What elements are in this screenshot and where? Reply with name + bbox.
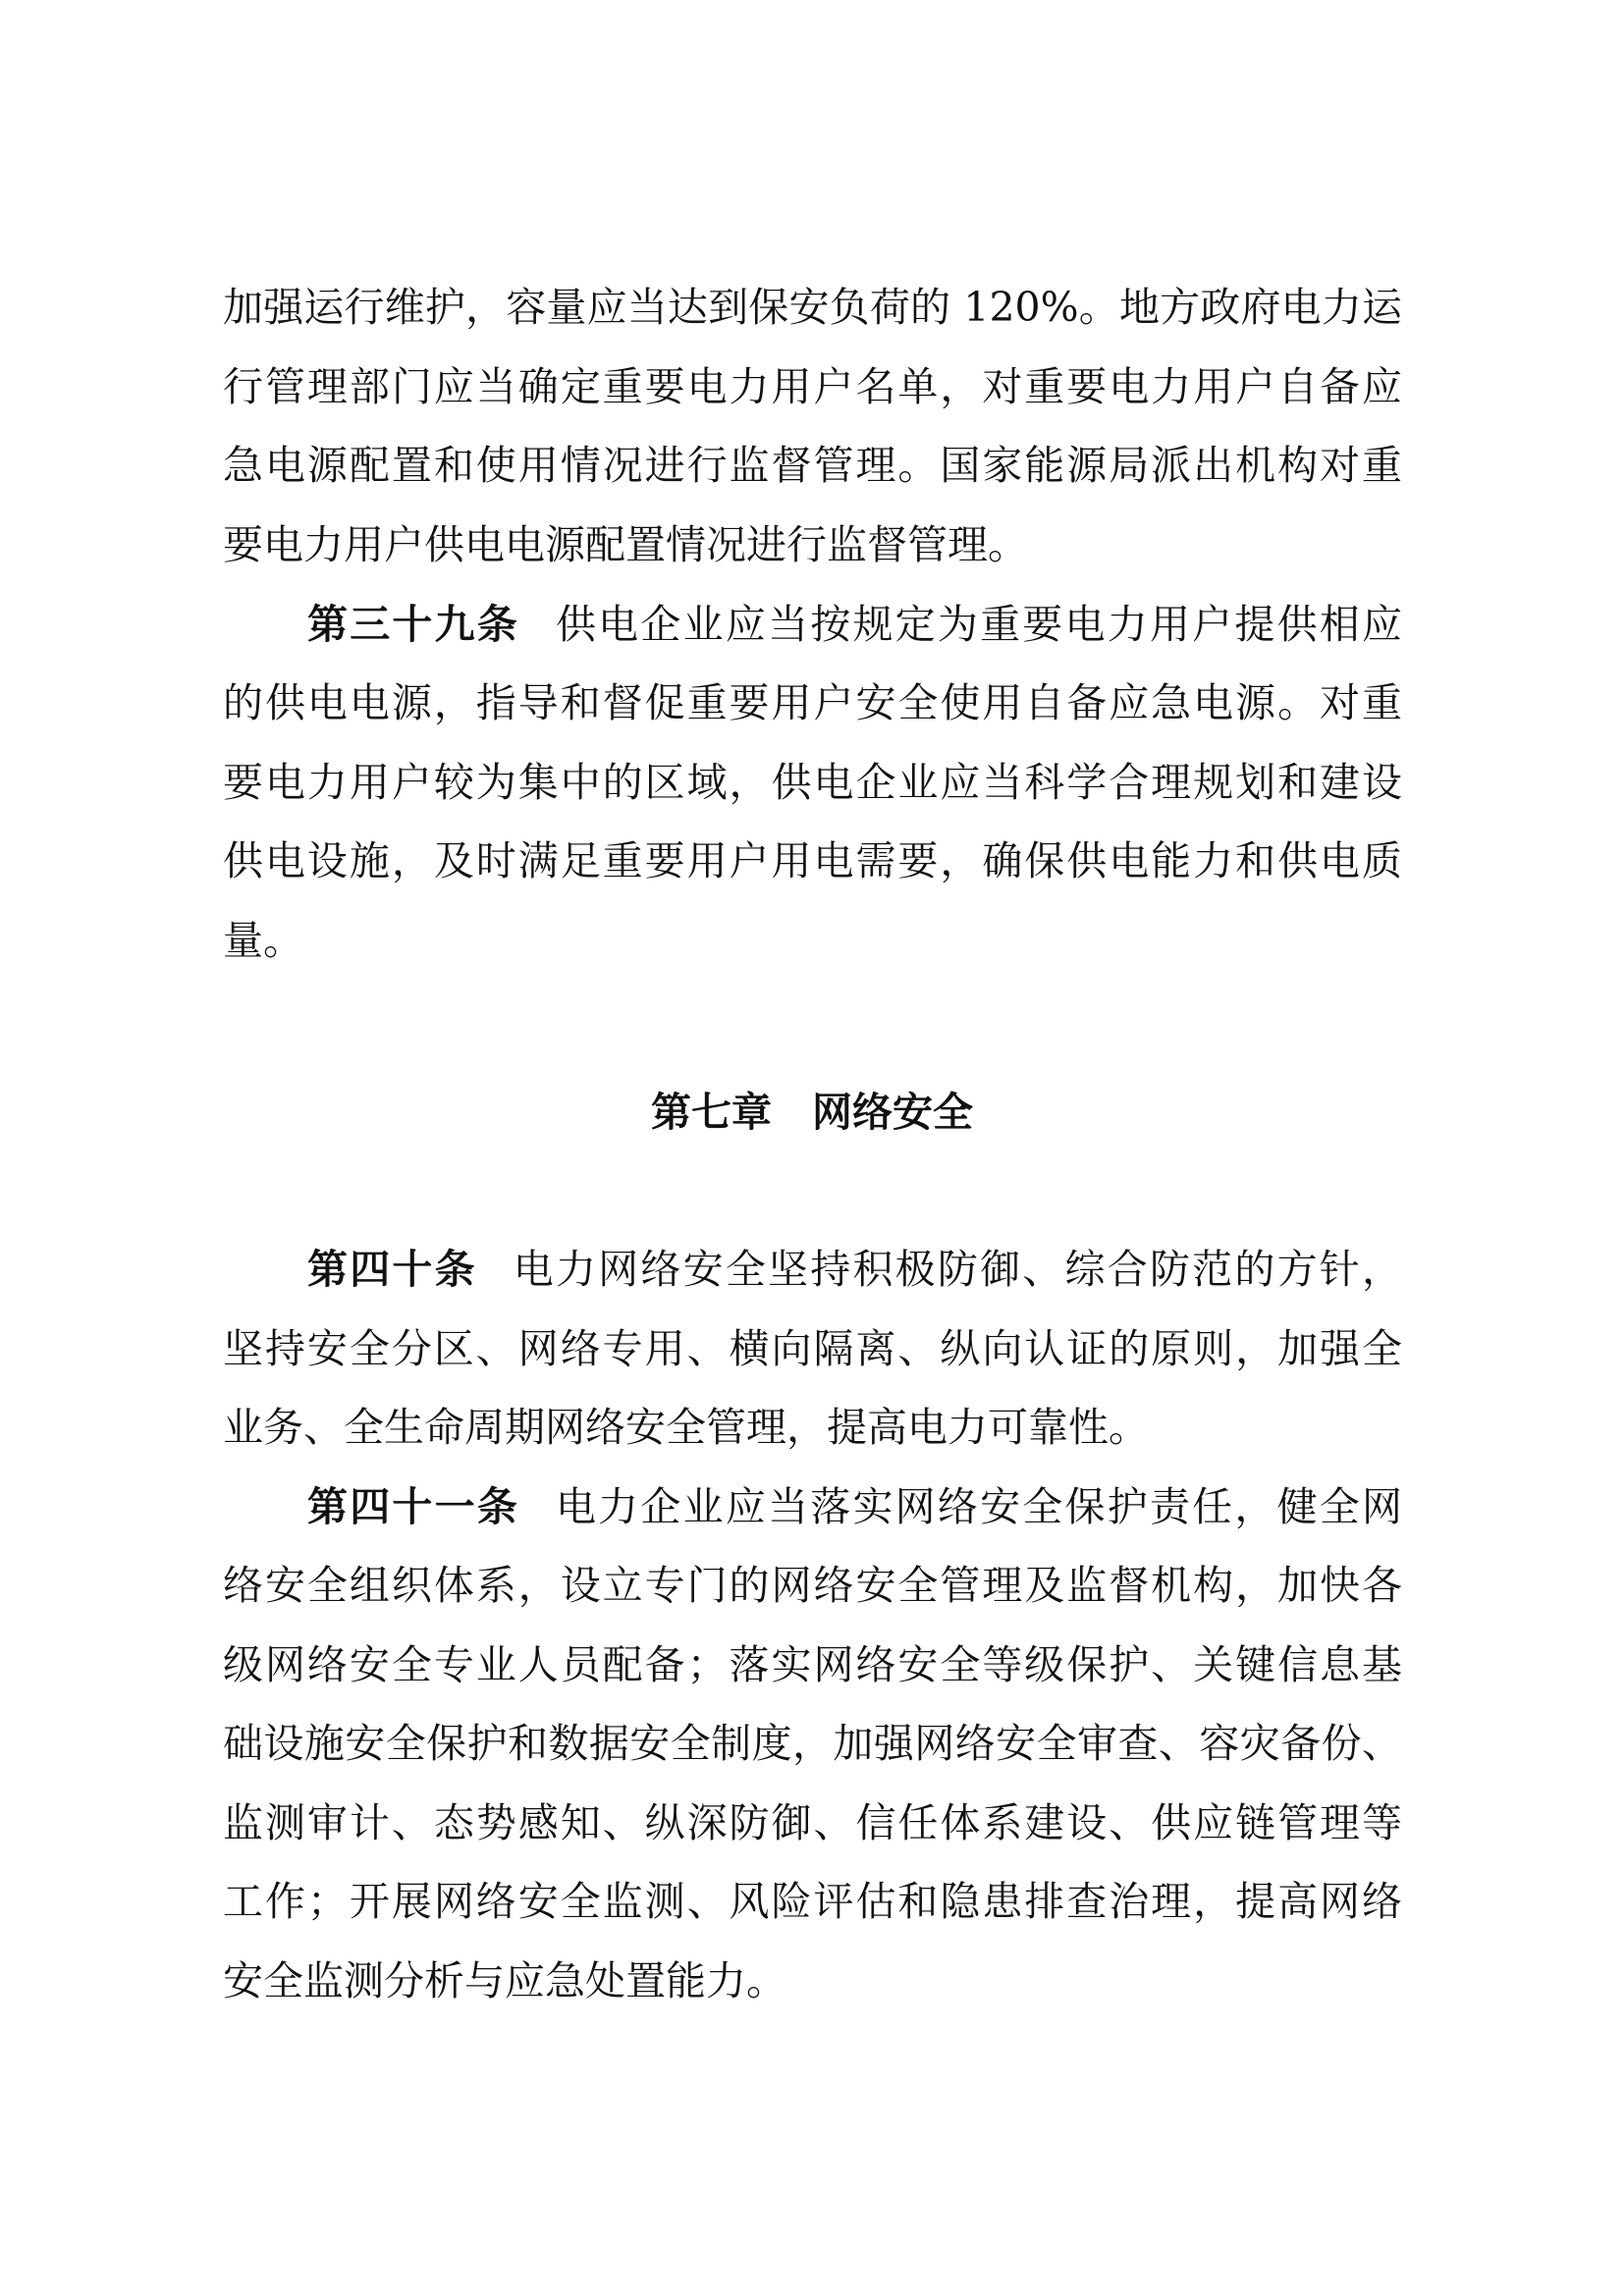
article-line: 坚持安全分区、网络专用、横向隔离、纵向认证的原则，加强全: [223, 1319, 1402, 1378]
paragraph-line: 加强运行维护，容量应当达到保安负荷的 120%。地方政府电力运: [223, 278, 1402, 337]
article-line: 级网络安全专业人员配备；落实网络安全等级保护、关键信息基: [223, 1635, 1402, 1694]
article-text: 电力网络安全坚持积极防御、综合防范的方针，: [514, 1246, 1402, 1293]
paragraph-line: 急电源配置和使用情况进行监督管理。国家能源局派出机构对重: [223, 436, 1402, 495]
article-line: 业务、全生命周期网络安全管理，提高电力可靠性。: [223, 1398, 1402, 1457]
article-line: 安全监测分析与应急处置能力。: [223, 1951, 1402, 2010]
article-first-line: 第三十九条供电企业应当按规定为重要电力用户提供相应: [307, 595, 1402, 654]
article-number: 第四十一条: [307, 1483, 519, 1530]
document-page: 加强运行维护，容量应当达到保安负荷的 120%。地方政府电力运 行管理部门应当确…: [0, 0, 1624, 2296]
article-number: 第四十条: [307, 1246, 477, 1293]
article-line: 量。: [223, 911, 1402, 970]
article-number: 第三十九条: [307, 601, 519, 648]
paragraph-line: 要电力用户供电电源配置情况进行监督管理。: [223, 515, 1402, 574]
article-line: 要电力用户较为集中的区域，供电企业应当科学合理规划和建设: [223, 753, 1402, 812]
article-line: 络安全组织体系，设立专门的网络安全管理及监督机构，加快各: [223, 1556, 1402, 1615]
article-text: 电力企业应当落实网络安全保护责任，健全网: [556, 1483, 1402, 1530]
article-line: 供电设施，及时满足重要用户用电需要，确保供电能力和供电质: [223, 831, 1402, 890]
article-first-line: 第四十一条电力企业应当落实网络安全保护责任，健全网: [307, 1477, 1402, 1536]
article-line: 工作；开展网络安全监测、风险评估和隐患排查治理，提高网络: [223, 1872, 1402, 1931]
paragraph-line: 行管理部门应当确定重要电力用户名单，对重要电力用户自备应: [223, 357, 1402, 416]
article-first-line: 第四十条电力网络安全坚持积极防御、综合防范的方针，: [307, 1240, 1402, 1299]
article-line: 础设施安全保护和数据安全制度，加强网络安全审查、容灾备份、: [223, 1714, 1402, 1773]
article-text: 供电企业应当按规定为重要电力用户提供相应: [556, 601, 1402, 648]
chapter-heading: 第七章 网络安全: [0, 1083, 1624, 1142]
article-line: 监测审计、态势感知、纵深防御、信任体系建设、供应链管理等: [223, 1793, 1402, 1852]
article-line: 的供电电源，指导和督促重要用户安全使用自备应急电源。对重: [223, 673, 1402, 732]
